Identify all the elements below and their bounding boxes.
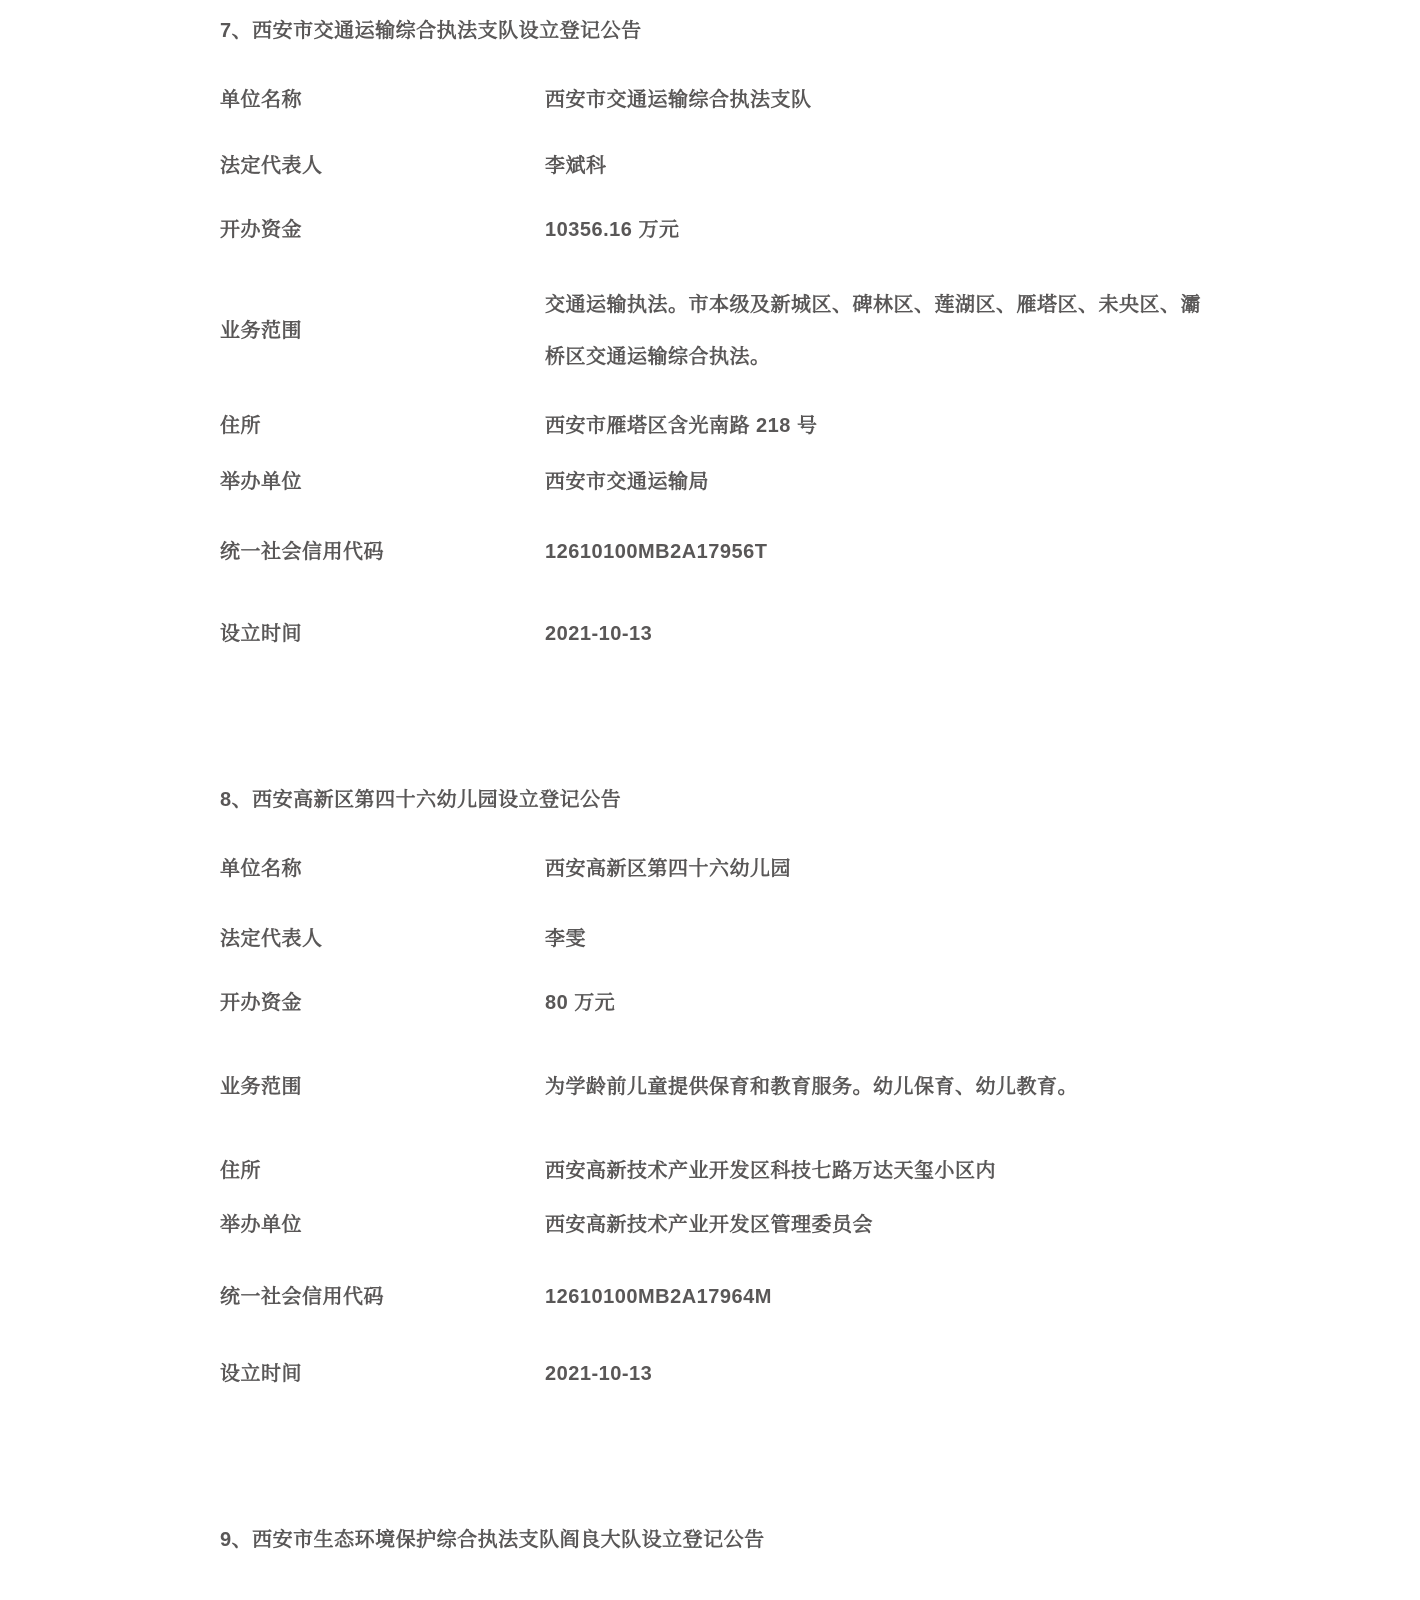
field-row-credit-code: 统一社会信用代码 12610100MB2A17964M xyxy=(220,1286,1210,1308)
field-label: 设立时间 xyxy=(220,1363,545,1385)
field-row-opening-funds: 开办资金 80 万元 xyxy=(220,992,1210,1014)
field-label: 业务范围 xyxy=(220,320,545,342)
field-label: 法定代表人 xyxy=(220,155,545,177)
field-value: 李雯 xyxy=(545,928,1207,950)
field-value: 为学龄前儿童提供保育和教育服务。幼儿保育、幼儿教育。 xyxy=(545,1076,1207,1098)
field-label: 住所 xyxy=(220,415,545,437)
field-value: 12610100MB2A17956T xyxy=(545,541,1207,563)
field-value: 12610100MB2A17964M xyxy=(545,1286,1207,1308)
field-value: 西安市交通运输局 xyxy=(545,471,1207,493)
field-label: 业务范围 xyxy=(220,1076,545,1098)
section-title: 9、西安市生态环境保护综合执法支队阎良大队设立登记公告 xyxy=(220,1523,1210,1552)
field-row-establish-date: 设立时间 2021-10-13 xyxy=(220,623,1210,645)
field-value: 西安高新区第四十六幼儿园 xyxy=(545,858,1207,880)
field-row-business-scope: 业务范围 为学龄前儿童提供保育和教育服务。幼儿保育、幼儿教育。 xyxy=(220,1076,1210,1098)
field-label: 举办单位 xyxy=(220,1214,545,1236)
field-row-legal-representative: 法定代表人 李雯 xyxy=(220,928,1210,950)
field-row-establish-date: 设立时间 2021-10-13 xyxy=(220,1363,1210,1385)
field-label: 统一社会信用代码 xyxy=(220,541,545,563)
field-row-address: 住所 西安高新技术产业开发区科技七路万达天玺小区内 xyxy=(220,1160,1210,1182)
section-title: 8、西安高新区第四十六幼儿园设立登记公告 xyxy=(220,783,1210,812)
field-value: 西安市雁塔区含光南路 218 号 xyxy=(545,415,1207,437)
field-label: 开办资金 xyxy=(220,992,545,1014)
field-value: 西安高新技术产业开发区管理委员会 xyxy=(545,1214,1207,1236)
field-label: 住所 xyxy=(220,1160,545,1182)
announcement-section-8: 8、西安高新区第四十六幼儿园设立登记公告 单位名称 西安高新区第四十六幼儿园 法… xyxy=(220,783,1210,1385)
field-value: 李斌科 xyxy=(545,155,1207,177)
field-label: 举办单位 xyxy=(220,471,545,493)
field-row-unit-name: 单位名称 西安高新区第四十六幼儿园 xyxy=(220,858,1210,880)
field-label: 单位名称 xyxy=(220,89,545,111)
field-value: 2021-10-13 xyxy=(545,1363,1207,1385)
field-row-opening-funds: 开办资金 10356.16 万元 xyxy=(220,219,1210,241)
section-title: 7、西安市交通运输综合执法支队设立登记公告 xyxy=(220,14,1210,43)
field-value: 西安高新技术产业开发区科技七路万达天玺小区内 xyxy=(545,1160,1207,1182)
field-label: 法定代表人 xyxy=(220,928,545,950)
field-label: 统一社会信用代码 xyxy=(220,1286,545,1308)
field-row-unit-name: 单位名称 西安市交通运输综合执法支队 xyxy=(220,89,1210,111)
field-value: 80 万元 xyxy=(545,992,1207,1014)
announcement-section-7: 7、西安市交通运输综合执法支队设立登记公告 单位名称 西安市交通运输综合执法支队… xyxy=(220,14,1210,645)
announcement-section-9: 9、西安市生态环境保护综合执法支队阎良大队设立登记公告 xyxy=(220,1523,1210,1552)
field-value: 10356.16 万元 xyxy=(545,219,1207,241)
field-row-credit-code: 统一社会信用代码 12610100MB2A17956T xyxy=(220,541,1210,563)
field-value: 2021-10-13 xyxy=(545,623,1207,645)
announcement-document: 7、西安市交通运输综合执法支队设立登记公告 单位名称 西安市交通运输综合执法支队… xyxy=(0,0,1420,1600)
field-row-business-scope: 业务范围 交通运输执法。市本级及新城区、碑林区、莲湖区、雁塔区、未央区、灞桥区交… xyxy=(220,279,1210,383)
field-value: 交通运输执法。市本级及新城区、碑林区、莲湖区、雁塔区、未央区、灞桥区交通运输综合… xyxy=(545,279,1207,383)
field-row-organizer: 举办单位 西安高新技术产业开发区管理委员会 xyxy=(220,1214,1210,1236)
field-label: 单位名称 xyxy=(220,858,545,880)
field-value: 西安市交通运输综合执法支队 xyxy=(545,89,1207,111)
field-row-address: 住所 西安市雁塔区含光南路 218 号 xyxy=(220,415,1210,437)
field-label: 开办资金 xyxy=(220,219,545,241)
field-label: 设立时间 xyxy=(220,623,545,645)
field-row-organizer: 举办单位 西安市交通运输局 xyxy=(220,471,1210,493)
field-row-legal-representative: 法定代表人 李斌科 xyxy=(220,155,1210,177)
